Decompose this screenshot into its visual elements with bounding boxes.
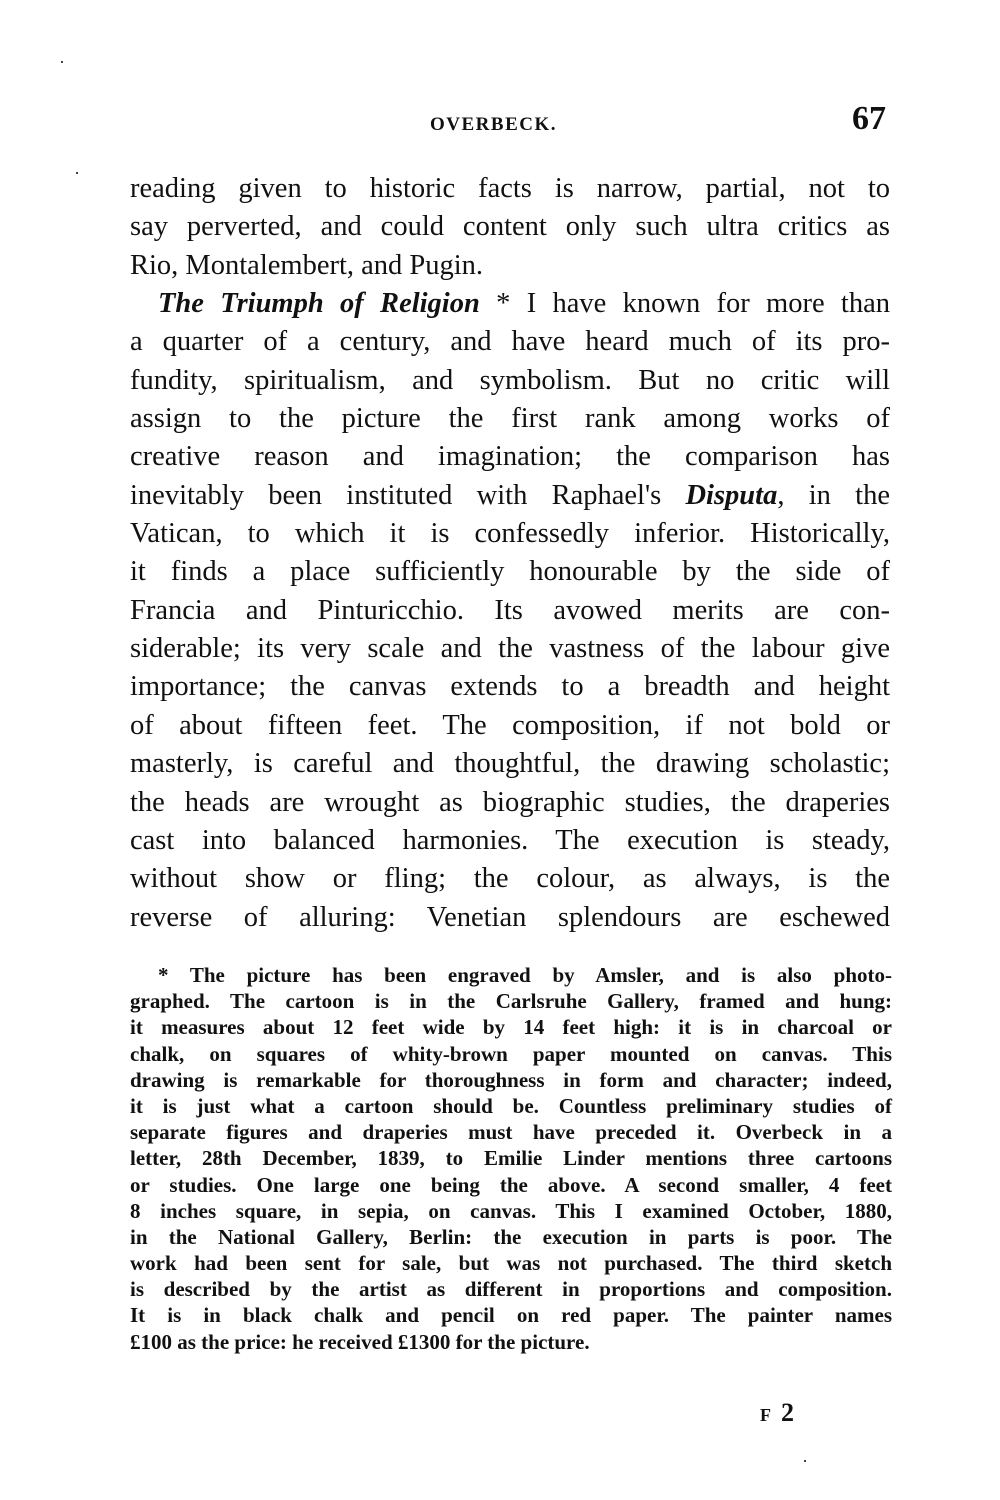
- body-line: The Triumph of Religion * I have known f…: [130, 285, 890, 323]
- footnote-line: It is in black chalk and pencil on red p…: [130, 1302, 892, 1328]
- footnote-line: it is just what a cartoon should be. Cou…: [130, 1093, 892, 1119]
- body-line: the heads are wrought as biographic stud…: [130, 784, 890, 822]
- footnote-line: work had been sent for sale, but was not…: [130, 1250, 892, 1276]
- footnote-line: is described by the artist as different …: [130, 1276, 892, 1302]
- body-line: importance; the canvas extends to a brea…: [130, 668, 890, 706]
- footnote-line: in the National Gallery, Berlin: the exe…: [130, 1224, 892, 1250]
- body-line: of about fifteen feet. The composition, …: [130, 707, 890, 745]
- body-line: Vatican, to which it is confessedly infe…: [130, 515, 890, 553]
- body-line: siderable; its very scale and the vastne…: [130, 630, 890, 668]
- footnote-line: or studies. One large one being the abov…: [130, 1172, 892, 1198]
- footnote-line: it measures about 12 feet wide by 14 fee…: [130, 1014, 892, 1040]
- body-line: reading given to historic facts is narro…: [130, 170, 890, 208]
- scan-speck: [61, 61, 63, 63]
- signature-letter: F: [760, 1405, 771, 1425]
- body-line: a quarter of a century, and have heard m…: [130, 323, 890, 361]
- footnote: * The picture has been engraved by Amsle…: [130, 962, 892, 1355]
- footnote-line: * The picture has been engraved by Amsle…: [130, 962, 892, 988]
- body-line: say perverted, and could content only su…: [130, 208, 890, 246]
- body-line: inevitably been instituted with Raphael'…: [130, 477, 890, 515]
- body-line: masterly, is careful and thoughtful, the…: [130, 745, 890, 783]
- body-line: it finds a place sufficiently honourable…: [130, 553, 890, 591]
- body-line: assign to the picture the first rank amo…: [130, 400, 890, 438]
- signature-number: 2: [781, 1398, 794, 1427]
- body-line: cast into balanced harmonies. The execut…: [130, 822, 890, 860]
- footnote-line: 8 inches square, in sepia, on canvas. Th…: [130, 1198, 892, 1224]
- running-title: OVERBECK.: [430, 114, 557, 136]
- page-number: 67: [852, 100, 886, 138]
- italic-disputa: Disputa: [685, 480, 777, 511]
- scan-speck: [804, 1460, 806, 1462]
- body-text: reading given to historic facts is narro…: [130, 170, 890, 937]
- book-page: OVERBECK. 67 reading given to historic f…: [0, 0, 1000, 1500]
- scan-speck: [76, 172, 78, 174]
- signature-mark: F2: [760, 1398, 794, 1428]
- footnote-line: letter, 28th December, 1839, to Emilie L…: [130, 1145, 892, 1171]
- body-line: creative reason and imagination; the com…: [130, 438, 890, 476]
- body-line: Francia and Pinturicchio. Its avowed mer…: [130, 592, 890, 630]
- running-header: OVERBECK. 67: [130, 98, 890, 148]
- footnote-line: £100 as the price: he received £1300 for…: [130, 1329, 892, 1355]
- body-line: reverse of alluring: Venetian splendours…: [130, 899, 890, 937]
- footnote-line: separate figures and draperies must have…: [130, 1119, 892, 1145]
- body-line: Rio, Montalembert, and Pugin.: [130, 247, 890, 285]
- footnote-line: chalk, on squares of whity-brown paper m…: [130, 1041, 892, 1067]
- footnote-line: graphed. The cartoon is in the Carlsruhe…: [130, 988, 892, 1014]
- body-line: without show or fling; the colour, as al…: [130, 860, 890, 898]
- italic-title: The Triumph of Religion: [158, 288, 480, 319]
- footnote-marker[interactable]: *: [496, 288, 510, 319]
- body-line: fundity, spiritualism, and symbolism. Bu…: [130, 362, 890, 400]
- footnote-line: drawing is remarkable for thoroughness i…: [130, 1067, 892, 1093]
